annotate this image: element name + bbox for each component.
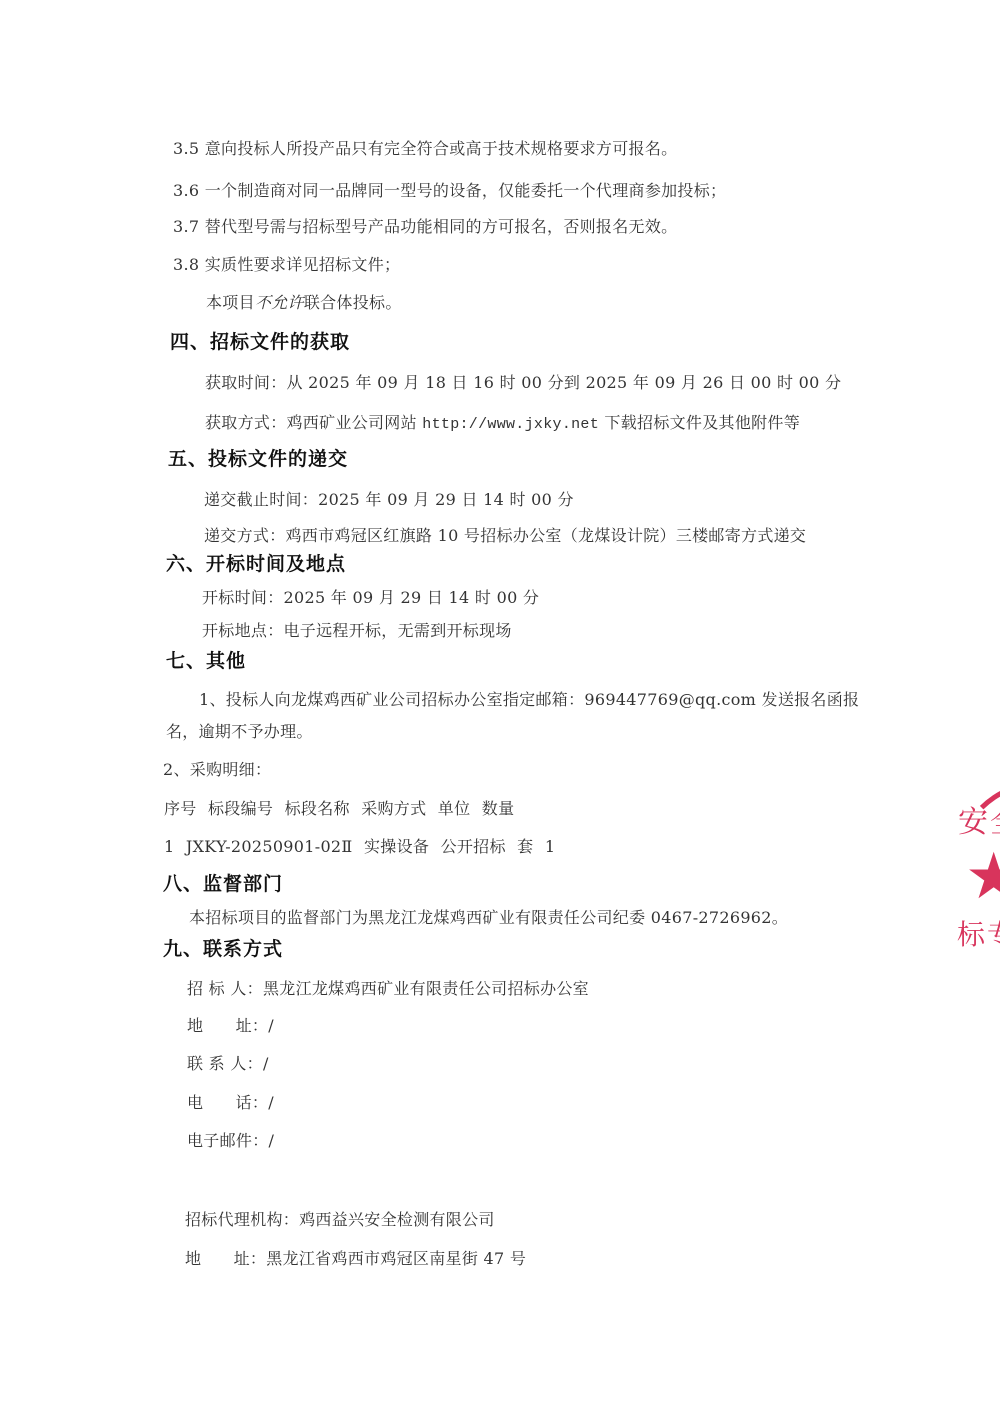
agency-address-value: 黑龙江省鸡西市鸡冠区南星街 47 号: [266, 1249, 526, 1268]
tenderer-email-row: 电子邮件：/: [187, 1128, 274, 1151]
tenderer-name-label: 招 标 人：: [187, 979, 263, 998]
cell-lot-number: JXKY-20250901-02Ⅱ: [186, 837, 353, 856]
tenderer-address-row: 地 址：/: [187, 1013, 274, 1036]
section-4-title: 四、招标文件的获取: [170, 327, 350, 354]
cell-index: 1: [164, 837, 174, 856]
company-seal-stamp: 安全 ★ 标专: [935, 775, 1000, 965]
tenderer-contact-value: /: [263, 1054, 269, 1073]
tenderer-email-label: 电子邮件：: [187, 1131, 269, 1150]
opening-place: 开标地点：电子远程开标，无需到开标现场: [202, 618, 512, 641]
cell-procurement-method: 公开招标: [441, 837, 506, 856]
agency-address-label: 地 址：: [185, 1249, 266, 1268]
tenderer-name-value: 黑龙江龙煤鸡西矿业有限责任公司招标办公室: [263, 979, 589, 998]
procurement-table-header: 序号 标段编号 标段名称 采购方式 单位 数量: [164, 796, 514, 819]
tenderer-contact-label: 联 系 人：: [187, 1054, 263, 1073]
website-link[interactable]: http://www.jxky.net: [422, 416, 599, 433]
section-5-title: 五、投标文件的递交: [168, 444, 348, 471]
acquisition-method: 获取方式：鸡西矿业公司网站 http://www.jxky.net 下载招标文件…: [205, 410, 800, 433]
tenderer-phone-value: /: [268, 1093, 274, 1112]
requirement-3-6: 3.6 一个制造商对同一品牌同一型号的设备，仅能委托一个代理商参加投标；: [173, 178, 726, 201]
agency-name-label: 招标代理机构：: [185, 1210, 299, 1229]
tenderer-address-label: 地 址：: [187, 1016, 268, 1035]
other-item-1-line-1: 1、投标人向龙煤鸡西矿业公司招标办公室指定邮箱：969447769@qq.com…: [199, 687, 859, 710]
seal-bottom-text: 标专: [957, 913, 1000, 953]
col-header-lot-number: 标段编号: [208, 799, 273, 818]
tenderer-email-value: /: [269, 1131, 275, 1150]
section-6-title: 六、开标时间及地点: [166, 549, 346, 576]
tenderer-name-row: 招 标 人：黑龙江龙煤鸡西矿业有限责任公司招标办公室: [187, 976, 589, 999]
consortium-statement: 本项目不允许联合体投标。: [206, 290, 402, 313]
section-8-title: 八、监督部门: [163, 869, 283, 896]
col-header-lot-name: 标段名称: [285, 799, 350, 818]
supervision-text: 本招标项目的监督部门为黑龙江龙煤鸡西矿业有限责任公司纪委 0467-272696…: [189, 905, 788, 928]
acquisition-method-suffix: 下载招标文件及其他附件等: [599, 413, 800, 432]
requirement-3-7: 3.7 替代型号需与招标型号产品功能相同的方可报名，否则报名无效。: [173, 214, 677, 237]
requirement-3-8: 3.8 实质性要求详见招标文件；: [173, 252, 400, 275]
consortium-handwritten: 不允许: [255, 293, 304, 312]
other-item-2: 2、采购明细：: [163, 757, 271, 780]
other-item-1-line-2: 名，逾期不予办理。: [166, 719, 313, 742]
agency-name-value: 鸡西益兴安全检测有限公司: [299, 1210, 495, 1229]
submission-deadline: 递交截止时间：2025 年 09 月 29 日 14 时 00 分: [204, 487, 574, 510]
col-header-quantity: 数量: [482, 799, 515, 818]
cell-unit: 套: [517, 837, 533, 856]
consortium-suffix: 联合体投标。: [304, 293, 402, 312]
acquisition-method-prefix: 获取方式：鸡西矿业公司网站: [205, 413, 422, 432]
opening-time: 开标时间：2025 年 09 月 29 日 14 时 00 分: [202, 585, 539, 608]
table-row: 1 JXKY-20250901-02Ⅱ 实操设备 公开招标 套 1: [164, 834, 555, 857]
consortium-prefix: 本项目: [206, 293, 255, 312]
tenderer-address-value: /: [268, 1016, 274, 1035]
cell-lot-name: 实操设备: [364, 837, 429, 856]
star-icon: ★: [965, 845, 1000, 909]
tenderer-phone-label: 电 话：: [187, 1093, 268, 1112]
col-header-procurement-method: 采购方式: [361, 799, 426, 818]
cell-quantity: 1: [545, 837, 555, 856]
agency-name-row: 招标代理机构：鸡西益兴安全检测有限公司: [185, 1207, 495, 1230]
tenderer-contact-row: 联 系 人：/: [187, 1051, 269, 1074]
col-header-index: 序号: [164, 799, 197, 818]
submission-method: 递交方式：鸡西市鸡冠区红旗路 10 号招标办公室（龙煤设计院）三楼邮寄方式递交: [204, 523, 806, 546]
agency-address-row: 地 址：黑龙江省鸡西市鸡冠区南星街 47 号: [185, 1246, 526, 1269]
section-7-title: 七、其他: [166, 646, 246, 673]
tenderer-phone-row: 电 话：/: [187, 1090, 274, 1113]
acquisition-time: 获取时间：从 2025 年 09 月 18 日 16 时 00 分到 2025 …: [205, 370, 841, 393]
col-header-unit: 单位: [438, 799, 471, 818]
section-9-title: 九、联系方式: [163, 934, 283, 961]
seal-top-text: 安全: [958, 797, 1000, 841]
requirement-3-5: 3.5 意向投标人所投产品只有完全符合或高于技术规格要求方可报名。: [173, 136, 677, 159]
